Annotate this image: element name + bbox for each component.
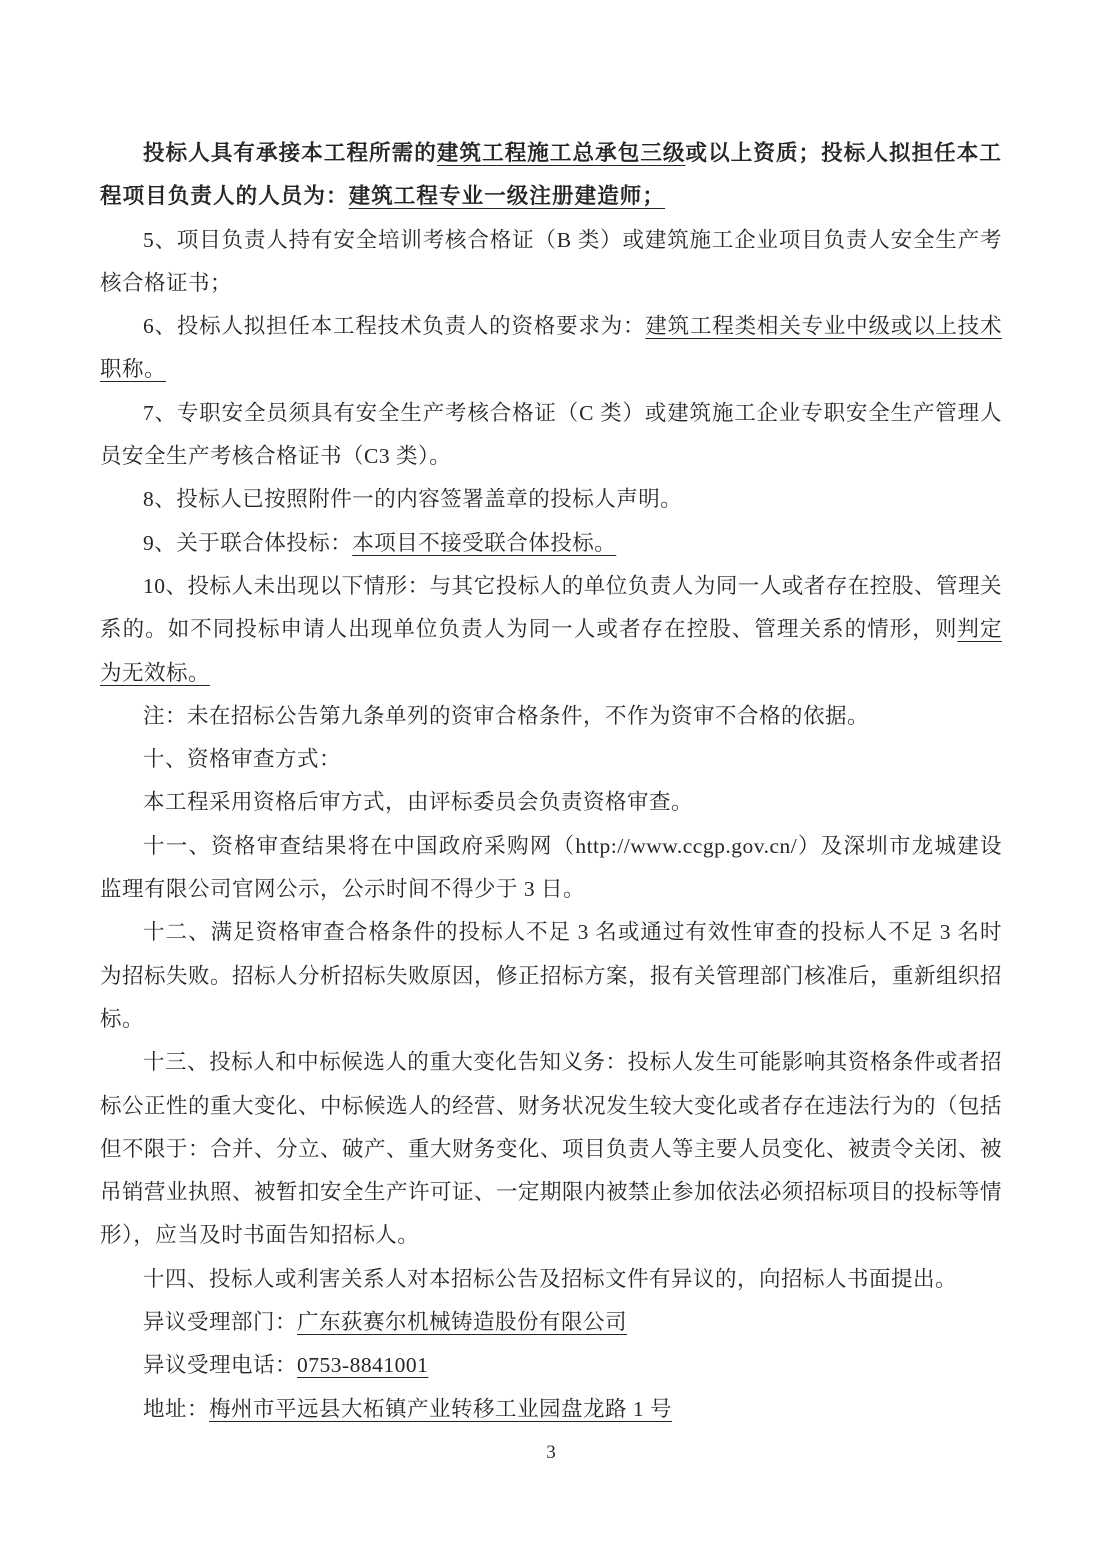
underlined-text: 广东荻赛尔机械铸造股份有限公司 (297, 1310, 627, 1334)
item-fourteen: 十四、投标人或利害关系人对本招标公告及招标文件有异议的，向招标人书面提出。 (100, 1258, 1002, 1301)
document-page: 投标人具有承接本工程所需的建筑工程施工总承包三级或以上资质；投标人拟担任本工程项… (0, 0, 1102, 1559)
item-9: 9、关于联合体投标：本项目不接受联合体投标。 (100, 522, 1002, 565)
note: 注：未在招标公告第九条单列的资审合格条件，不作为资审不合格的依据。 (100, 695, 1002, 738)
text-segment: 地址： (143, 1397, 209, 1421)
underlined-text: 建筑工程专业一级注册建造师； (349, 184, 665, 208)
underlined-text: 建筑工程施工总承包三级 (437, 141, 686, 165)
objection-department: 异议受理部门：广东荻赛尔机械铸造股份有限公司 (100, 1301, 1002, 1344)
text-segment: 异议受理电话： (143, 1353, 297, 1377)
text-segment: 十四、投标人或利害关系人对本招标公告及招标文件有异议的，向招标人书面提出。 (143, 1267, 957, 1291)
text-segment: 十一、资格审查结果将在中国政府采购网（http://www.ccgp.gov.c… (100, 834, 1002, 901)
item-6: 6、投标人拟担任本工程技术负责人的资格要求为：建筑工程类相关专业中级或以上技术职… (100, 305, 1002, 392)
item-ten-heading: 十、资格审查方式： (100, 738, 1002, 781)
page-footer: 3 (0, 1442, 1102, 1464)
item-eleven: 十一、资格审查结果将在中国政府采购网（http://www.ccgp.gov.c… (100, 825, 1002, 912)
underlined-text: 本项目不接受联合体投标。 (352, 531, 616, 555)
item-twelve: 十二、满足资格审查合格条件的投标人不足 3 名或通过有效性审查的投标人不足 3 … (100, 911, 1002, 1041)
qualification-requirement: 投标人具有承接本工程所需的建筑工程施工总承包三级或以上资质；投标人拟担任本工程项… (100, 132, 1002, 219)
text-segment: 6、投标人拟担任本工程技术负责人的资格要求为： (143, 314, 645, 338)
text-segment: 10、投标人未出现以下情形：与其它投标人的单位负责人为同一人或者存在控股、管理关… (100, 574, 1002, 641)
text-segment: 5、项目负责人持有安全培训考核合格证（B 类）或建筑施工企业项目负责人安全生产考… (100, 228, 1002, 295)
item-5: 5、项目负责人持有安全培训考核合格证（B 类）或建筑施工企业项目负责人安全生产考… (100, 219, 1002, 306)
text-segment: 十二、满足资格审查合格条件的投标人不足 3 名或通过有效性审查的投标人不足 3 … (100, 920, 1002, 1031)
text-segment: 注：未在招标公告第九条单列的资审合格条件，不作为资审不合格的依据。 (143, 704, 869, 728)
text-segment: 十、资格审查方式： (143, 747, 341, 771)
item-8: 8、投标人已按照附件一的内容签署盖章的投标人声明。 (100, 478, 1002, 521)
text-segment: 异议受理部门： (143, 1310, 297, 1334)
item-thirteen: 十三、投标人和中标候选人的重大变化告知义务：投标人发生可能影响其资格条件或者招标… (100, 1041, 1002, 1257)
text-segment: 9、关于联合体投标： (143, 531, 352, 555)
underlined-text: 梅州市平远县大柘镇产业转移工业园盘龙路 1 号 (209, 1397, 672, 1421)
page-number: 3 (546, 1442, 556, 1463)
text-segment: 本工程采用资格后审方式，由评标委员会负责资格审查。 (143, 790, 693, 814)
objection-phone: 异议受理电话：0753-8841001 (100, 1344, 1002, 1387)
text-segment: 7、专职安全员须具有安全生产考核合格证（C 类）或建筑施工企业专职安全生产管理人… (100, 401, 1002, 468)
address: 地址：梅州市平远县大柘镇产业转移工业园盘龙路 1 号 (100, 1388, 1002, 1431)
qualification-review-method: 本工程采用资格后审方式，由评标委员会负责资格审查。 (100, 781, 1002, 824)
text-segment: 投标人具有承接本工程所需的 (143, 141, 437, 165)
underlined-text: 0753-8841001 (297, 1353, 428, 1377)
item-7: 7、专职安全员须具有安全生产考核合格证（C 类）或建筑施工企业专职安全生产管理人… (100, 392, 1002, 479)
text-segment: 十三、投标人和中标候选人的重大变化告知义务：投标人发生可能影响其资格条件或者招标… (100, 1050, 1002, 1247)
document-body: 投标人具有承接本工程所需的建筑工程施工总承包三级或以上资质；投标人拟担任本工程项… (100, 132, 1002, 1431)
text-segment: 8、投标人已按照附件一的内容签署盖章的投标人声明。 (143, 487, 682, 511)
item-10: 10、投标人未出现以下情形：与其它投标人的单位负责人为同一人或者存在控股、管理关… (100, 565, 1002, 695)
